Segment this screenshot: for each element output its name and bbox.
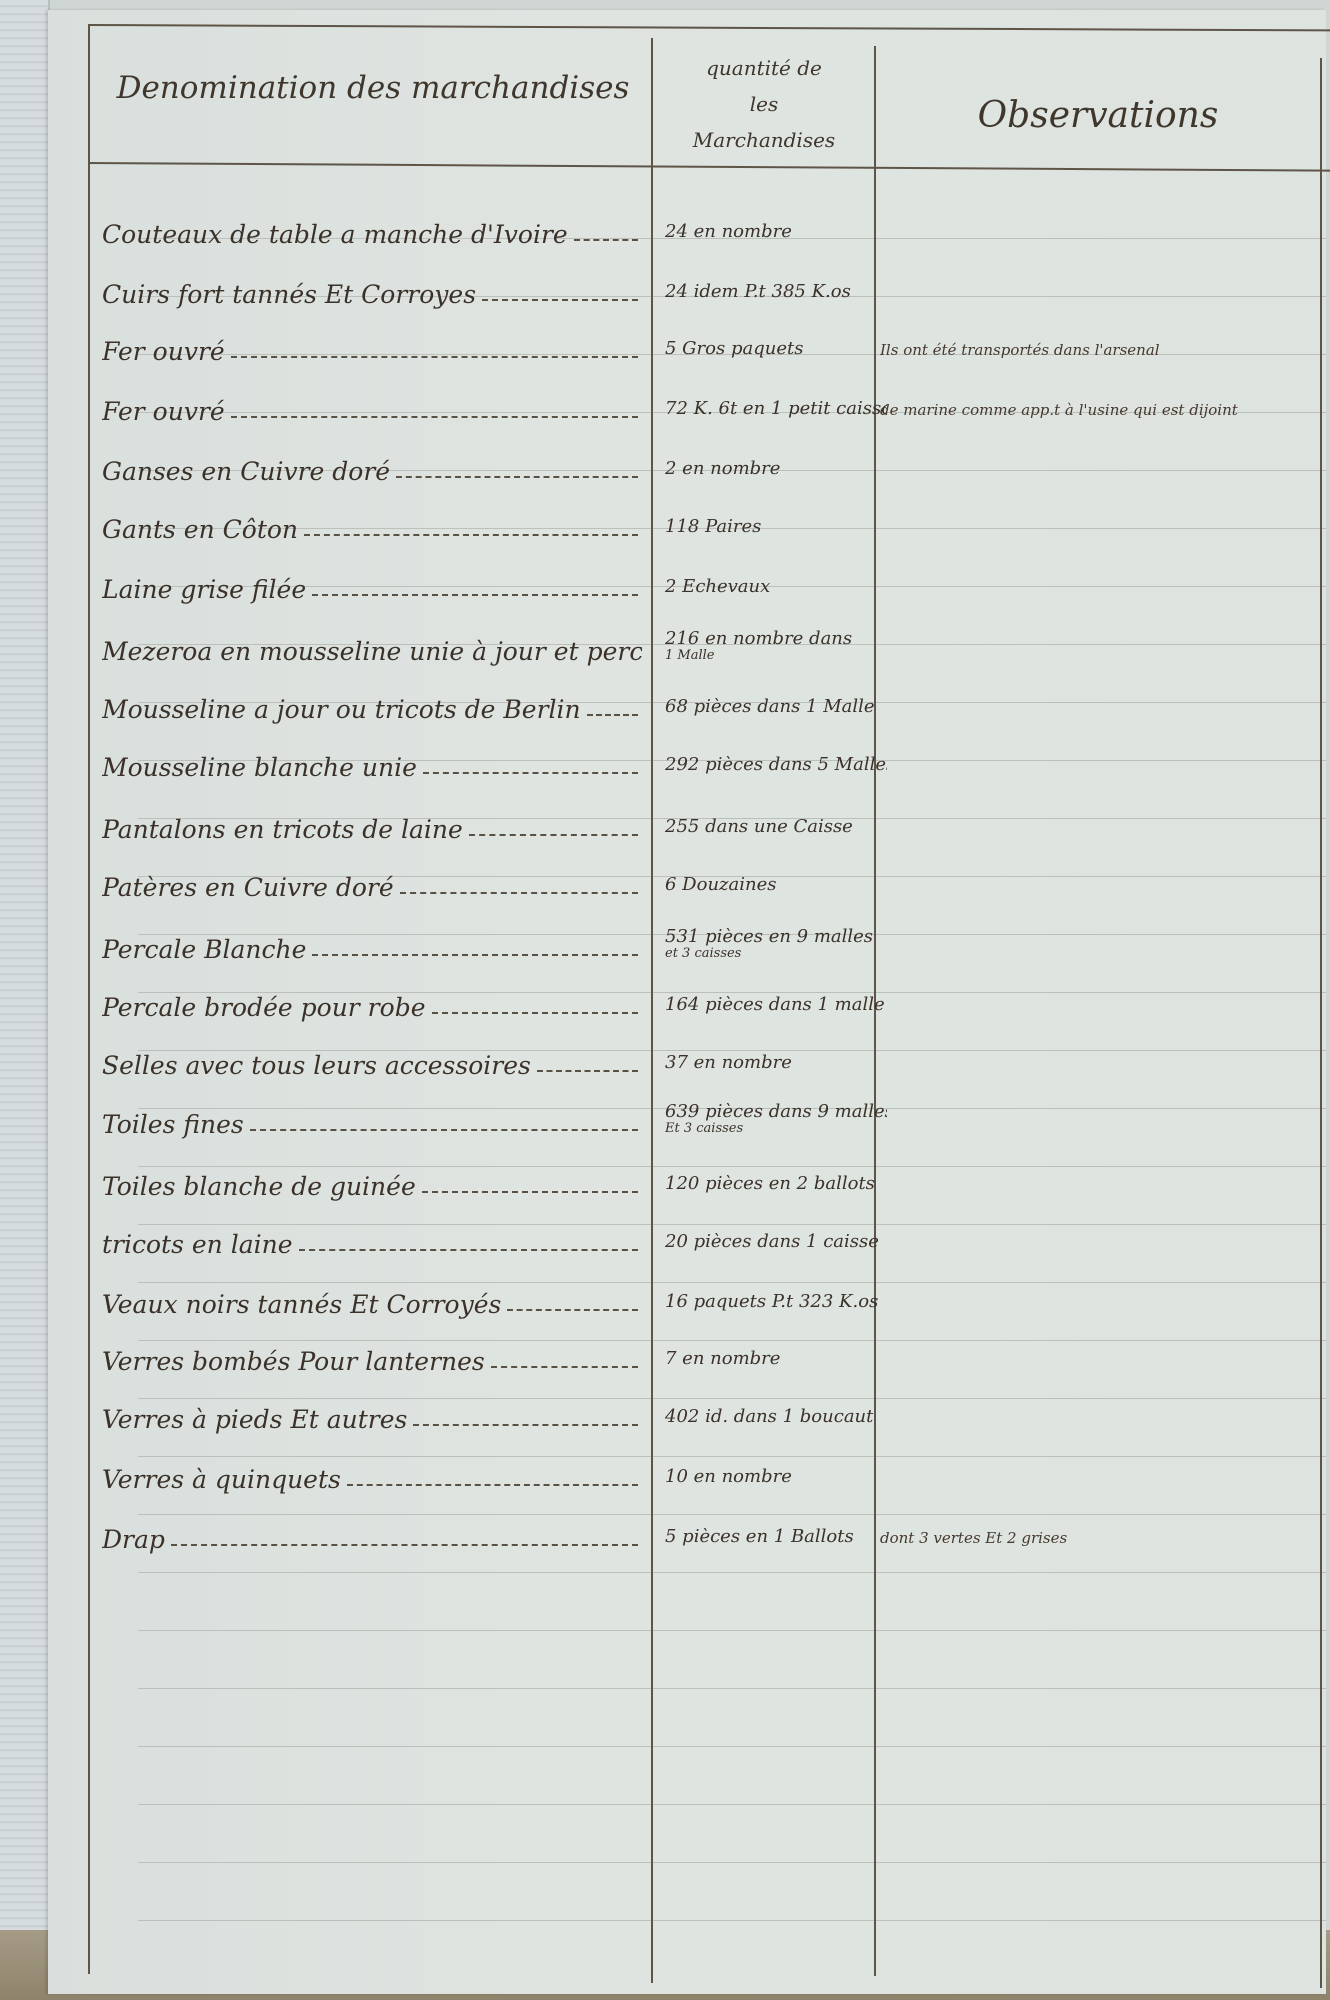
quantity-text: 37 en nombre xyxy=(665,1054,792,1073)
quantity-text: 5 Gros paquets xyxy=(665,340,803,359)
quantity-text: 292 pièces dans 5 Malles xyxy=(665,756,887,775)
denomination-text: Mezeroa en mousseline unie à jour et per… xyxy=(102,637,642,666)
leader-dashes xyxy=(587,714,638,716)
table-row: Laine grise filée2 Echevaux xyxy=(0,560,1330,616)
quantity-subtext: 1 Malle xyxy=(665,649,887,663)
denomination-text: Pantalons en tricots de laine xyxy=(102,815,463,844)
quantity-cell: 2 en nombre xyxy=(665,460,887,479)
denomination-cell: Cuirs fort tannés Et Corroyes xyxy=(102,265,642,309)
quantity-cell: 255 dans une Caisse xyxy=(665,818,887,837)
denomination-cell: Mousseline a jour ou tricots de Berlin xyxy=(102,680,642,724)
quantity-cell: 120 pièces en 2 ballots xyxy=(665,1175,887,1194)
quantity-text: 10 en nombre xyxy=(665,1468,792,1487)
denomination-cell: Drap xyxy=(102,1510,642,1554)
denomination-text: Gants en Côton xyxy=(102,515,298,544)
quantity-cell: 531 pièces en 9 malleset 3 caisses xyxy=(665,928,887,961)
header-quantity: quantité de les Marchandises xyxy=(654,50,874,158)
table-row: Patères en Cuivre doré6 Douzaines xyxy=(0,858,1330,914)
denomination-cell: Percale Blanche xyxy=(102,920,642,964)
observation-text: dont 3 vertes Et 2 grises xyxy=(880,1529,1067,1547)
denomination-cell: Laine grise filée xyxy=(102,560,642,604)
quantity-cell: 2 Echevaux xyxy=(665,578,887,597)
ruled-line xyxy=(138,1746,1326,1747)
denomination-cell: Mezeroa en mousseline unie à jour et per… xyxy=(102,622,642,666)
quantity-text: 2 Echevaux xyxy=(665,578,770,597)
quantity-text: 7 en nombre xyxy=(665,1350,780,1369)
quantity-cell: 10 en nombre xyxy=(665,1468,887,1487)
quantity-cell: 24 idem P.t 385 K.os xyxy=(665,283,887,302)
denomination-cell: Verres bombés Pour lanternes xyxy=(102,1332,642,1376)
quantity-cell: 402 id. dans 1 boucaut xyxy=(665,1408,887,1427)
quantity-cell: 5 pièces en 1 Ballots xyxy=(665,1528,887,1547)
quantity-cell: 72 K. 6t en 1 petit caisson xyxy=(665,400,887,419)
observation-text: Ils ont été transportés dans l'arsenal xyxy=(880,341,1160,359)
quantity-cell: 16 paquets P.t 323 K.os xyxy=(665,1293,887,1312)
quantity-cell: 68 pièces dans 1 Malle xyxy=(665,698,887,717)
header-denomination: Denomination des marchandises xyxy=(98,70,648,106)
quantity-cell: 7 en nombre xyxy=(665,1350,887,1369)
header-quantity-line3: Marchandises xyxy=(654,122,874,158)
denomination-text: Toiles fines xyxy=(102,1110,244,1139)
quantity-text: 20 pièces dans 1 caisse xyxy=(665,1233,879,1252)
quantity-cell: 20 pièces dans 1 caisse xyxy=(665,1233,887,1252)
leader-dashes xyxy=(574,239,638,241)
quantity-text: 531 pièces en 9 malles xyxy=(665,928,873,947)
table-row: Toiles fines639 pièces dans 9 mallesEt 3… xyxy=(0,1095,1330,1151)
table-row: Veaux noirs tannés Et Corroyés16 paquets… xyxy=(0,1275,1330,1331)
ruled-line xyxy=(138,1804,1326,1805)
table-row: Drap5 pièces en 1 Ballotsdont 3 vertes E… xyxy=(0,1510,1330,1566)
denomination-text: Percale Blanche xyxy=(102,935,306,964)
quantity-text: 72 K. 6t en 1 petit caisson xyxy=(665,400,887,419)
denomination-text: Veaux noirs tannés Et Corroyés xyxy=(102,1290,501,1319)
observation-text: de marine comme app.t à l'usine qui est … xyxy=(880,401,1238,419)
quantity-cell: 24 en nombre xyxy=(665,223,887,242)
header-bottom-border xyxy=(88,162,1330,172)
quantity-cell: 118 Paires xyxy=(665,518,887,537)
denomination-cell: Toiles blanche de guinée xyxy=(102,1157,642,1201)
leader-dashes xyxy=(423,772,638,774)
denomination-cell: Verres à pieds Et autres xyxy=(102,1390,642,1434)
leader-dashes xyxy=(482,299,638,301)
table-row: Fer ouvré72 K. 6t en 1 petit caissonde m… xyxy=(0,382,1330,438)
leader-dashes xyxy=(469,834,638,836)
denomination-text: Selles avec tous leurs accessoires xyxy=(102,1051,531,1080)
leader-dashes xyxy=(231,356,638,358)
quantity-cell: 639 pièces dans 9 mallesEt 3 caisses xyxy=(665,1103,887,1136)
denomination-text: Drap xyxy=(102,1525,165,1554)
quantity-cell: 37 en nombre xyxy=(665,1054,887,1073)
quantity-text: 255 dans une Caisse xyxy=(665,818,853,837)
denomination-cell: Pantalons en tricots de laine xyxy=(102,800,642,844)
leader-dashes xyxy=(250,1129,638,1131)
denomination-text: tricots en laine xyxy=(102,1230,293,1259)
quantity-subtext: et 3 caisses xyxy=(665,947,887,961)
denomination-text: Verres bombés Pour lanternes xyxy=(102,1347,485,1376)
denomination-text: Verres à pieds Et autres xyxy=(102,1405,407,1434)
table-row: Mezeroa en mousseline unie à jour et per… xyxy=(0,622,1330,678)
header-quantity-line1: quantité de xyxy=(654,50,874,86)
ruled-line xyxy=(138,1862,1326,1863)
quantity-text: 5 pièces en 1 Ballots xyxy=(665,1528,854,1547)
denomination-text: Toiles blanche de guinée xyxy=(102,1172,416,1201)
quantity-text: 402 id. dans 1 boucaut xyxy=(665,1408,873,1427)
table-row: Couteaux de table a manche d'Ivoire24 en… xyxy=(0,205,1330,261)
ruled-line xyxy=(138,1572,1326,1573)
leader-dashes xyxy=(299,1249,638,1251)
denomination-cell: Couteaux de table a manche d'Ivoire xyxy=(102,205,642,249)
table-row: Ganses en Cuivre doré2 en nombre xyxy=(0,442,1330,498)
denomination-text: Percale brodée pour robe xyxy=(102,993,426,1022)
quantity-subtext: Et 3 caisses xyxy=(665,1122,887,1136)
denomination-cell: tricots en laine xyxy=(102,1215,642,1259)
denomination-text: Laine grise filée xyxy=(102,575,306,604)
leader-dashes xyxy=(312,594,638,596)
quantity-cell: 6 Douzaines xyxy=(665,876,887,895)
table-row: Percale Blanche531 pièces en 9 malleset … xyxy=(0,920,1330,976)
quantity-cell: 216 en nombre dans1 Malle xyxy=(665,630,887,663)
table-row: Selles avec tous leurs accessoires37 en … xyxy=(0,1036,1330,1092)
denomination-text: Mousseline blanche unie xyxy=(102,753,417,782)
ruled-line xyxy=(138,1920,1326,1921)
denomination-cell: Fer ouvré xyxy=(102,382,642,426)
table-row: Gants en Côton118 Paires xyxy=(0,500,1330,556)
denomination-cell: Verres à quinquets xyxy=(102,1450,642,1494)
denomination-cell: Mousseline blanche unie xyxy=(102,738,642,782)
leader-dashes xyxy=(413,1424,638,1426)
leader-dashes xyxy=(231,416,638,418)
denomination-cell: Ganses en Cuivre doré xyxy=(102,442,642,486)
quantity-text: 68 pièces dans 1 Malle xyxy=(665,698,875,717)
header-observations: Observations xyxy=(878,95,1318,136)
leader-dashes xyxy=(400,892,638,894)
table-row: Cuirs fort tannés Et Corroyes24 idem P.t… xyxy=(0,265,1330,321)
observation-cell: dont 3 vertes Et 2 grises xyxy=(880,1528,1330,1548)
denomination-cell: Fer ouvré xyxy=(102,322,642,366)
quantity-text: 164 pièces dans 1 malle xyxy=(665,996,885,1015)
leader-dashes xyxy=(537,1070,638,1072)
table-row: Pantalons en tricots de laine255 dans un… xyxy=(0,800,1330,856)
denomination-text: Fer ouvré xyxy=(102,337,225,366)
table-row: Verres bombés Pour lanternes7 en nombre xyxy=(0,1332,1330,1388)
table-row: Toiles blanche de guinée120 pièces en 2 … xyxy=(0,1157,1330,1213)
denomination-cell: Toiles fines xyxy=(102,1095,642,1139)
leader-dashes xyxy=(422,1191,638,1193)
quantity-text: 120 pièces en 2 ballots xyxy=(665,1175,875,1194)
observation-cell: Ils ont été transportés dans l'arsenal xyxy=(880,340,1330,360)
leader-dashes xyxy=(171,1544,638,1546)
leader-dashes xyxy=(432,1012,639,1014)
table-row: Verres à quinquets10 en nombre xyxy=(0,1450,1330,1506)
table-row: tricots en laine20 pièces dans 1 caisse xyxy=(0,1215,1330,1271)
denomination-cell: Veaux noirs tannés Et Corroyés xyxy=(102,1275,642,1319)
table-row: Verres à pieds Et autres402 id. dans 1 b… xyxy=(0,1390,1330,1446)
observation-cell: de marine comme app.t à l'usine qui est … xyxy=(880,400,1330,420)
leader-dashes xyxy=(396,476,638,478)
denomination-text: Couteaux de table a manche d'Ivoire xyxy=(102,220,568,249)
table-row: Percale brodée pour robe164 pièces dans … xyxy=(0,978,1330,1034)
denomination-text: Mousseline a jour ou tricots de Berlin xyxy=(102,695,581,724)
quantity-text: 639 pièces dans 9 malles xyxy=(665,1103,887,1122)
quantity-cell: 5 Gros paquets xyxy=(665,340,887,359)
table-row: Fer ouvré5 Gros paquetsIls ont été trans… xyxy=(0,322,1330,378)
denomination-cell: Percale brodée pour robe xyxy=(102,978,642,1022)
quantity-text: 24 en nombre xyxy=(665,223,792,242)
denomination-text: Fer ouvré xyxy=(102,397,225,426)
quantity-cell: 164 pièces dans 1 malle xyxy=(665,996,887,1015)
denomination-cell: Patères en Cuivre doré xyxy=(102,858,642,902)
ruled-line xyxy=(138,1630,1326,1631)
denomination-cell: Gants en Côton xyxy=(102,500,642,544)
leader-dashes xyxy=(304,534,638,536)
table-row: Mousseline blanche unie292 pièces dans 5… xyxy=(0,738,1330,794)
quantity-text: 216 en nombre dans xyxy=(665,630,852,649)
quantity-text: 118 Paires xyxy=(665,518,761,537)
leader-dashes xyxy=(312,954,638,956)
denomination-text: Cuirs fort tannés Et Corroyes xyxy=(102,280,476,309)
denomination-text: Patères en Cuivre doré xyxy=(102,873,394,902)
quantity-text: 6 Douzaines xyxy=(665,876,777,895)
leader-dashes xyxy=(507,1309,638,1311)
header-quantity-line2: les xyxy=(654,86,874,122)
quantity-text: 16 paquets P.t 323 K.os xyxy=(665,1293,878,1312)
leader-dashes xyxy=(347,1484,638,1486)
quantity-text: 24 idem P.t 385 K.os xyxy=(665,283,851,302)
table-row: Mousseline a jour ou tricots de Berlin68… xyxy=(0,680,1330,736)
denomination-text: Verres à quinquets xyxy=(102,1465,341,1494)
quantity-cell: 292 pièces dans 5 Malles xyxy=(665,756,887,775)
denomination-cell: Selles avec tous leurs accessoires xyxy=(102,1036,642,1080)
denomination-text: Ganses en Cuivre doré xyxy=(102,457,390,486)
table-top-border xyxy=(88,24,1330,32)
ruled-line xyxy=(138,1688,1326,1689)
quantity-text: 2 en nombre xyxy=(665,460,780,479)
leader-dashes xyxy=(491,1366,638,1368)
